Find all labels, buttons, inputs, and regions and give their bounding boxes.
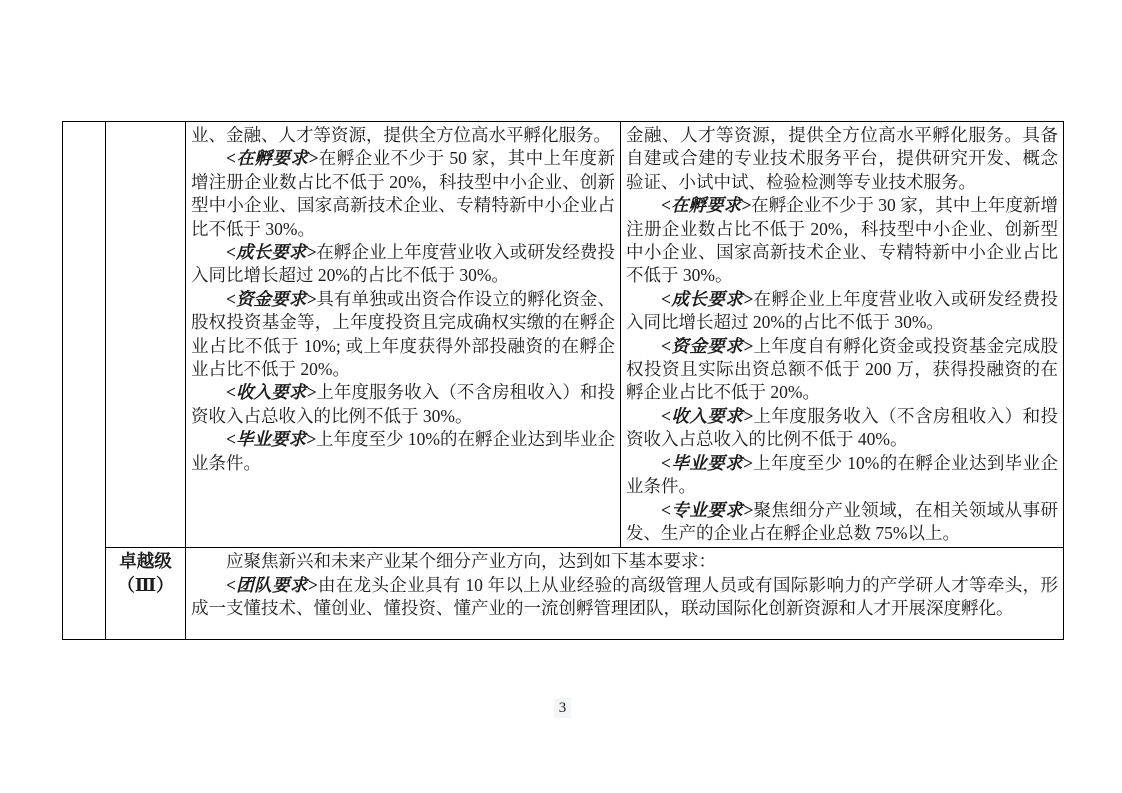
page-footer: 3 bbox=[62, 698, 1063, 718]
advanced-level-content-cell: 业、金融、人才等资源，提供全方位高水平孵化服务。<在孵要求>在孵企业不少于 50… bbox=[186, 122, 621, 548]
paragraph: <收入要求>上年度服务收入（不含房租收入）和投资收入占总收入的比例不低于 40%… bbox=[626, 405, 1058, 452]
requirement-tag: <收入要求> bbox=[661, 406, 753, 426]
requirement-tag: <专业要求> bbox=[661, 500, 753, 520]
requirement-tag: <资金要求> bbox=[226, 289, 316, 309]
excellence-label-line2: （Ⅲ） bbox=[111, 574, 180, 597]
paragraph: <资金要求>具有单独或出资合作设立的孵化资金、股权投资基金等，上年度投资且完成确… bbox=[191, 288, 615, 382]
professional-level-content-cell: 金融、人才等资源，提供全方位高水平孵化服务。具备自建或合建的专业技术服务平台，提… bbox=[621, 122, 1064, 548]
requirement-tag: <毕业要求> bbox=[661, 453, 753, 473]
excellence-level-label-cell: 卓越级 （Ⅲ） bbox=[106, 548, 186, 640]
excellence-label-line1: 卓越级 bbox=[111, 550, 180, 573]
index-column-cell bbox=[63, 122, 106, 640]
table-row: 业、金融、人才等资源，提供全方位高水平孵化服务。<在孵要求>在孵企业不少于 50… bbox=[63, 122, 1064, 548]
paragraph: <毕业要求>上年度至少 10%的在孵企业达到毕业企业条件。 bbox=[191, 428, 615, 475]
requirement-tag: <在孵要求> bbox=[661, 195, 751, 215]
paragraph: <收入要求>上年度服务收入（不含房租收入）和投资收入占总收入的比例不低于 30%… bbox=[191, 381, 615, 428]
page-number: 3 bbox=[554, 698, 572, 718]
excellence-level-content-cell: 应聚焦新兴和未来产业某个细分产业方向，达到如下基本要求：<团队要求>由在龙头企业… bbox=[186, 548, 1064, 640]
paragraph: 业、金融、人才等资源，提供全方位高水平孵化服务。 bbox=[191, 124, 615, 147]
requirement-tag: <收入要求> bbox=[226, 382, 316, 402]
requirement-tag: <在孵要求> bbox=[226, 148, 318, 168]
paragraph: <成长要求>在孵企业上年度营业收入或研发经费投入同比增长超过 20%的占比不低于… bbox=[191, 241, 615, 288]
criteria-table: 业、金融、人才等资源，提供全方位高水平孵化服务。<在孵要求>在孵企业不少于 50… bbox=[62, 121, 1064, 640]
paragraph: 应聚焦新兴和未来产业某个细分产业方向，达到如下基本要求： bbox=[191, 550, 1058, 573]
requirement-tag: <成长要求> bbox=[226, 242, 316, 262]
paragraph: <专业要求>聚焦细分产业领域，在相关领域从事研发、生产的企业占在孵企业总数 75… bbox=[626, 499, 1058, 546]
paragraph: <毕业要求>上年度至少 10%的在孵企业达到毕业企业条件。 bbox=[626, 452, 1058, 499]
requirement-tag: <成长要求> bbox=[661, 289, 753, 309]
paragraph: <团队要求>由在龙头企业具有 10 年以上从业经验的高级管理人员或有国际影响力的… bbox=[191, 574, 1058, 621]
requirement-tag: <毕业要求> bbox=[226, 429, 316, 449]
document-page: 业、金融、人才等资源，提供全方位高水平孵化服务。<在孵要求>在孵企业不少于 50… bbox=[0, 0, 1122, 793]
paragraph: <在孵要求>在孵企业不少于 30 家，其中上年度新增注册企业数占比不低于 20%… bbox=[626, 194, 1058, 288]
requirement-tag: <团队要求> bbox=[226, 575, 318, 595]
paragraph: <资金要求>上年度自有孵化资金或投资基金完成股权投资且实际出资总额不低于 200… bbox=[626, 335, 1058, 405]
row1-label-cell bbox=[106, 122, 186, 548]
table-row: 卓越级 （Ⅲ） 应聚焦新兴和未来产业某个细分产业方向，达到如下基本要求：<团队要… bbox=[63, 548, 1064, 640]
paragraph: <在孵要求>在孵企业不少于 50 家，其中上年度新增注册企业数占比不低于 20%… bbox=[191, 147, 615, 241]
paragraph: 金融、人才等资源，提供全方位高水平孵化服务。具备自建或合建的专业技术服务平台，提… bbox=[626, 124, 1058, 194]
requirement-tag: <资金要求> bbox=[661, 336, 753, 356]
paragraph: <成长要求>在孵企业上年度营业收入或研发经费投入同比增长超过 20%的占比不低于… bbox=[626, 288, 1058, 335]
